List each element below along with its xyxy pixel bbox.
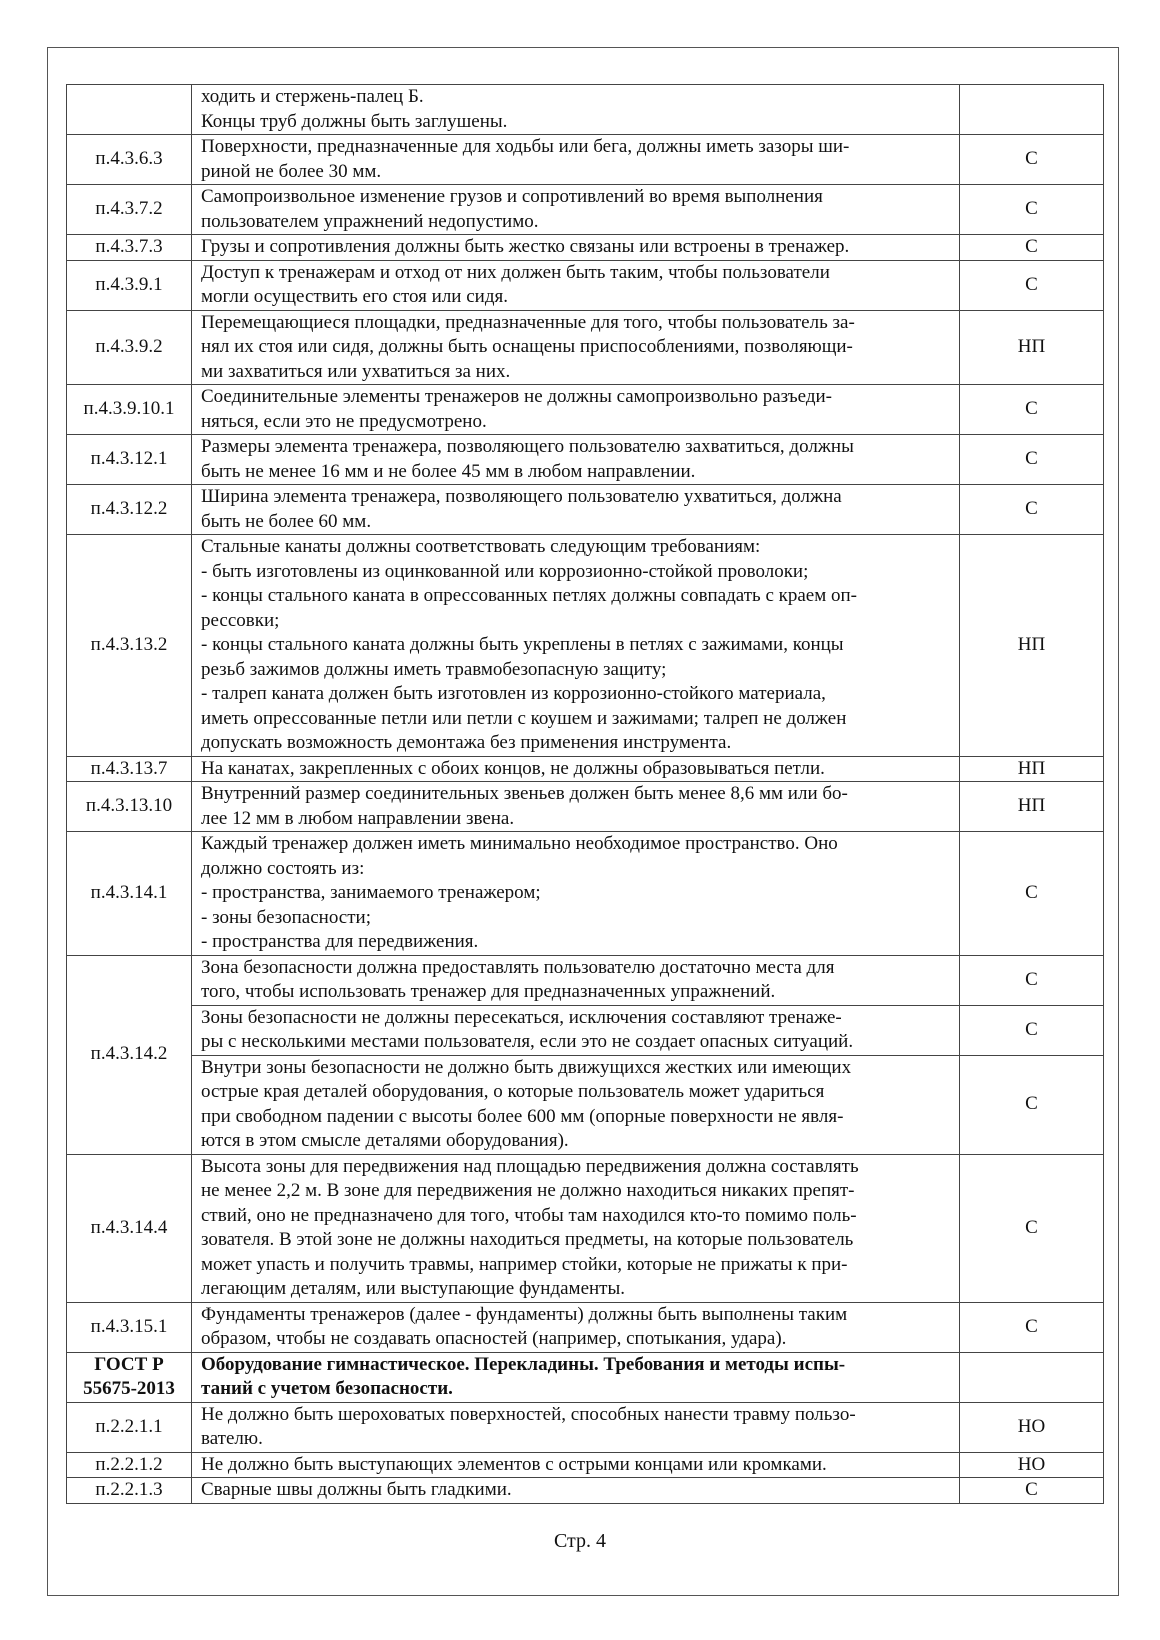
table-row: п.2.2.1.2Не должно быть выступающих элем…	[67, 1452, 1104, 1478]
table-row: п.4.3.13.2Стальные канаты должны соответ…	[67, 535, 1104, 757]
compliance-mark: НП	[960, 310, 1104, 385]
requirement-text-line: может упасть и получить травмы, например…	[201, 1253, 951, 1278]
requirement-text-line: - концы стального каната в опрессованных…	[201, 584, 951, 609]
table-row: п.4.3.9.2Перемещающиеся площадки, предна…	[67, 310, 1104, 385]
requirement-text-line: вателю.	[201, 1427, 951, 1452]
requirement-text: Поверхности, предназначенные для ходьбы …	[192, 135, 960, 185]
requirement-text-line: Размеры элемента тренажера, позволяющего…	[201, 435, 951, 460]
requirement-text-line: Фундаменты тренажеров (далее - фундамент…	[201, 1303, 951, 1328]
standard-header-row: ГОСТ Р55675-2013Оборудование гимнастичес…	[67, 1352, 1104, 1402]
requirement-text: Соединительные элементы тренажеров не до…	[192, 385, 960, 435]
requirement-text-line: Ширина элемента тренажера, позволяющего …	[201, 485, 951, 510]
compliance-mark: С	[960, 135, 1104, 185]
requirement-text: Самопроизвольное изменение грузов и сопр…	[192, 185, 960, 235]
requirement-text-line: легающим деталям, или выступающие фундам…	[201, 1277, 951, 1302]
clause-number: п.4.3.12.1	[67, 435, 192, 485]
requirement-text-line: пользователем упражнений недопустимо.	[201, 210, 951, 235]
table-row: п.2.2.1.1Не должно быть шероховатых пове…	[67, 1402, 1104, 1452]
table-row: п.4.3.15.1Фундаменты тренажеров (далее -…	[67, 1302, 1104, 1352]
requirement-text-line: Сварные швы должны быть гладкими.	[201, 1478, 951, 1503]
requirement-text: Сварные швы должны быть гладкими.	[192, 1478, 960, 1504]
requirements-table: ходить и стержень-палец Б.Концы труб дол…	[66, 84, 1104, 1504]
requirement-text: Доступ к тренажерам и отход от них долже…	[192, 260, 960, 310]
requirement-text-line: Соединительные элементы тренажеров не до…	[201, 385, 951, 410]
requirement-text-line: Грузы и сопротивления должны быть жестко…	[201, 235, 951, 260]
clause-number: п.4.3.15.1	[67, 1302, 192, 1352]
compliance-mark: С	[960, 235, 1104, 261]
table-row: п.4.3.6.3Поверхности, предназначенные дл…	[67, 135, 1104, 185]
requirement-text-line: Внутренний размер соединительных звеньев…	[201, 782, 951, 807]
requirement-text-line: таний с учетом безопасности.	[201, 1377, 951, 1402]
clause-number: п.2.2.1.3	[67, 1478, 192, 1504]
requirement-text-line: Не должно быть шероховатых поверхностей,…	[201, 1403, 951, 1428]
clause-number: п.4.3.13.10	[67, 782, 192, 832]
requirement-text: Грузы и сопротивления должны быть жестко…	[192, 235, 960, 261]
clause-number: п.4.3.14.2	[67, 955, 192, 1154]
requirement-text-line: Перемещающиеся площадки, предназначенные…	[201, 311, 951, 336]
compliance-mark	[960, 85, 1104, 135]
requirement-text: Ширина элемента тренажера, позволяющего …	[192, 485, 960, 535]
clause-number: п.4.3.14.1	[67, 832, 192, 956]
compliance-mark: НП	[960, 756, 1104, 782]
requirement-text-line: Зона безопасности должна предоставлять п…	[201, 956, 951, 981]
table-row: п.4.3.7.2Самопроизвольное изменение груз…	[67, 185, 1104, 235]
requirement-text-line: образом, чтобы не создавать опасностей (…	[201, 1327, 951, 1352]
compliance-mark: НП	[960, 535, 1104, 757]
requirement-text-line: - быть изготовлены из оцинкованной или к…	[201, 560, 951, 585]
requirement-text-line: риной не более 30 мм.	[201, 160, 951, 185]
requirement-text-line: Зоны безопасности не должны пересекаться…	[201, 1006, 951, 1031]
table-row: ходить и стержень-палец Б.Концы труб дол…	[67, 85, 1104, 135]
requirement-text-line: ры с несколькими местами пользователя, е…	[201, 1030, 951, 1055]
clause-number: п.4.3.12.2	[67, 485, 192, 535]
table-row: п.2.2.1.3Сварные швы должны быть гладким…	[67, 1478, 1104, 1504]
compliance-mark: С	[960, 955, 1104, 1005]
requirement-text-line: Не должно быть выступающих элементов с о…	[201, 1453, 951, 1478]
clause-number: п.4.3.9.10.1	[67, 385, 192, 435]
compliance-mark: НО	[960, 1402, 1104, 1452]
requirement-text-line: ствий, оно не предназначено для того, чт…	[201, 1204, 951, 1229]
requirement-text-line: зователя. В этой зоне не должны находить…	[201, 1228, 951, 1253]
requirement-text-line: лее 12 мм в любом направлении звена.	[201, 807, 951, 832]
table-row: п.4.3.13.7На канатах, закрепленных с обо…	[67, 756, 1104, 782]
requirement-text-line: быть не более 60 мм.	[201, 510, 951, 535]
compliance-mark: НО	[960, 1452, 1104, 1478]
requirement-text-line: ми захватиться или ухватиться за них.	[201, 360, 951, 385]
compliance-mark: С	[960, 1055, 1104, 1154]
requirement-text-line: Самопроизвольное изменение грузов и сопр…	[201, 185, 951, 210]
requirement-text: Перемещающиеся площадки, предназначенные…	[192, 310, 960, 385]
compliance-mark: С	[960, 1005, 1104, 1055]
requirement-text-line: Стальные канаты должны соответствовать с…	[201, 535, 951, 560]
table-row: п.4.3.12.2Ширина элемента тренажера, поз…	[67, 485, 1104, 535]
requirement-text: Каждый тренажер должен иметь минимально …	[192, 832, 960, 956]
table-row: п.4.3.12.1Размеры элемента тренажера, по…	[67, 435, 1104, 485]
requirement-text-line: Внутри зоны безопасности не должно быть …	[201, 1056, 951, 1081]
requirement-text-line: должно состоять из:	[201, 857, 951, 882]
requirement-text: На канатах, закрепленных с обоих концов,…	[192, 756, 960, 782]
compliance-mark: С	[960, 1302, 1104, 1352]
requirement-text: Не должно быть шероховатых поверхностей,…	[192, 1402, 960, 1452]
requirement-text-line: - зоны безопасности;	[201, 906, 951, 931]
compliance-mark: С	[960, 435, 1104, 485]
requirement-text: Стальные канаты должны соответствовать с…	[192, 535, 960, 757]
requirement-text-line: нял их стоя или сидя, должны быть оснаще…	[201, 335, 951, 360]
table-row: п.4.3.14.4Высота зоны для передвижения н…	[67, 1154, 1104, 1302]
requirement-text-line: - талреп каната должен быть изготовлен и…	[201, 682, 951, 707]
requirement-text: Не должно быть выступающих элементов с о…	[192, 1452, 960, 1478]
requirement-text-line: няться, если это не предусмотрено.	[201, 410, 951, 435]
table-row: п.4.3.7.3Грузы и сопротивления должны бы…	[67, 235, 1104, 261]
requirement-text-line: Высота зоны для передвижения над площадь…	[201, 1155, 951, 1180]
compliance-mark: С	[960, 185, 1104, 235]
clause-number: п.2.2.1.2	[67, 1452, 192, 1478]
requirement-text-line: - концы стального каната должны быть укр…	[201, 633, 951, 658]
clause-number: п.4.3.9.1	[67, 260, 192, 310]
clause-number: п.4.3.6.3	[67, 135, 192, 185]
requirement-text: Зона безопасности должна предоставлять п…	[192, 955, 960, 1005]
clause-number: п.2.2.1.1	[67, 1402, 192, 1452]
compliance-mark: С	[960, 1154, 1104, 1302]
clause-number: п.4.3.14.4	[67, 1154, 192, 1302]
requirement-text-line: быть не менее 16 мм и не более 45 мм в л…	[201, 460, 951, 485]
compliance-mark: С	[960, 832, 1104, 956]
requirement-text-line: иметь опрессованные петли или петли с ко…	[201, 707, 951, 732]
requirement-text: Внутри зоны безопасности не должно быть …	[192, 1055, 960, 1154]
requirement-text: Фундаменты тренажеров (далее - фундамент…	[192, 1302, 960, 1352]
requirement-text-line: резьб зажимов должны иметь травмобезопас…	[201, 658, 951, 683]
requirement-text-line: могли осуществить его стоя или сидя.	[201, 285, 951, 310]
requirement-text-line: ходить и стержень-палец Б.	[201, 85, 951, 110]
compliance-mark: С	[960, 385, 1104, 435]
compliance-mark: С	[960, 1478, 1104, 1504]
requirement-text: ходить и стержень-палец Б.Концы труб дол…	[192, 85, 960, 135]
standard-number-line: ГОСТ Р	[69, 1353, 189, 1378]
clause-number	[67, 85, 192, 135]
requirement-text-line: Оборудование гимнастическое. Перекладины…	[201, 1353, 951, 1378]
requirement-text-line: Каждый тренажер должен иметь минимально …	[201, 832, 951, 857]
requirement-text-line: Поверхности, предназначенные для ходьбы …	[201, 135, 951, 160]
requirements-table-body: ходить и стержень-палец Б.Концы труб дол…	[67, 85, 1104, 1504]
compliance-mark	[960, 1352, 1104, 1402]
table-row: Внутри зоны безопасности не должно быть …	[67, 1055, 1104, 1154]
clause-number: п.4.3.7.3	[67, 235, 192, 261]
table-row: Зоны безопасности не должны пересекаться…	[67, 1005, 1104, 1055]
standard-number-line: 55675-2013	[69, 1377, 189, 1402]
clause-number: п.4.3.7.2	[67, 185, 192, 235]
requirement-text-line: - пространства, занимаемого тренажером;	[201, 881, 951, 906]
requirement-text-line: не менее 2,2 м. В зоне для передвижения …	[201, 1179, 951, 1204]
requirement-text-line: рессовки;	[201, 609, 951, 634]
requirement-text: Высота зоны для передвижения над площадь…	[192, 1154, 960, 1302]
requirement-text-line: при свободном падении с высоты более 600…	[201, 1105, 951, 1130]
requirement-text: Внутренний размер соединительных звеньев…	[192, 782, 960, 832]
requirement-text-line: острые края деталей оборудования, о кото…	[201, 1080, 951, 1105]
clause-number: п.4.3.13.2	[67, 535, 192, 757]
requirement-text-line: того, чтобы использовать тренажер для пр…	[201, 980, 951, 1005]
clause-number: п.4.3.13.7	[67, 756, 192, 782]
table-row: п.4.3.9.1Доступ к тренажерам и отход от …	[67, 260, 1104, 310]
table-row: п.4.3.14.2Зона безопасности должна предо…	[67, 955, 1104, 1005]
requirement-text-line: допускать возможность демонтажа без прим…	[201, 731, 951, 756]
compliance-mark: С	[960, 260, 1104, 310]
compliance-mark: С	[960, 485, 1104, 535]
table-row: п.4.3.9.10.1Соединительные элементы трен…	[67, 385, 1104, 435]
requirement-text-line: На канатах, закрепленных с обоих концов,…	[201, 757, 951, 782]
requirement-text-line: Доступ к тренажерам и отход от них долже…	[201, 261, 951, 286]
standard-title: Оборудование гимнастическое. Перекладины…	[192, 1352, 960, 1402]
page-number: Стр. 4	[0, 1530, 1160, 1553]
table-row: п.4.3.13.10Внутренний размер соединитель…	[67, 782, 1104, 832]
clause-number: п.4.3.9.2	[67, 310, 192, 385]
requirement-text-line: Концы труб должны быть заглушены.	[201, 110, 951, 135]
table-row: п.4.3.14.1Каждый тренажер должен иметь м…	[67, 832, 1104, 956]
requirement-text: Размеры элемента тренажера, позволяющего…	[192, 435, 960, 485]
requirement-text-line: ются в этом смысле деталями оборудования…	[201, 1129, 951, 1154]
compliance-mark: НП	[960, 782, 1104, 832]
requirement-text-line: - пространства для передвижения.	[201, 930, 951, 955]
requirement-text: Зоны безопасности не должны пересекаться…	[192, 1005, 960, 1055]
standard-number: ГОСТ Р55675-2013	[67, 1352, 192, 1402]
